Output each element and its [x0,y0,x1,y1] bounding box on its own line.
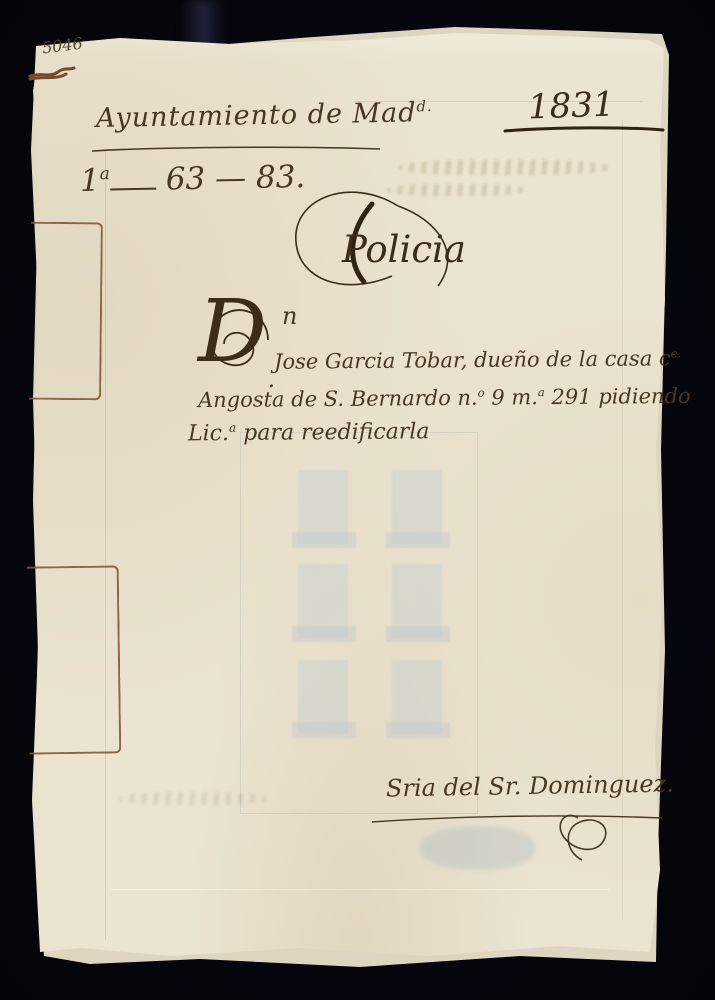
petition-line-1: Jose Garcia Tobar, dueño de la casa ce. [274,346,681,374]
vertical-crease-right [622,120,623,920]
scanned-archive-photo: { "document": { "archive_number": "5046"… [0,0,715,1000]
year-underline [503,125,665,135]
horizontal-crease-bottom [110,889,610,890]
secretary-signature: Sria del Sr. Dominguez. [386,769,674,802]
binding-thread-loop-upper [29,222,103,401]
petition-line-2: Angosta de S. Bernardo n.o 9 m.a 291 pid… [198,384,691,412]
section-title-policia: Policia [280,190,480,302]
header-title: Ayuntamiento de Madd. [96,97,433,134]
year: 1831 [527,85,615,128]
signature-underline-flourish [370,808,665,878]
reference-number: 1a 63 — 83. [80,154,306,199]
d-spiral-flourish [196,300,276,380]
petition-line-3: Lic.a para reedificarla [188,419,430,446]
binding-thread-loop-lower [27,565,122,754]
binding-thread-stub [28,62,78,84]
vertical-crease-left [105,150,106,940]
policia-text: Policia [342,228,466,271]
header-underline [90,144,382,154]
